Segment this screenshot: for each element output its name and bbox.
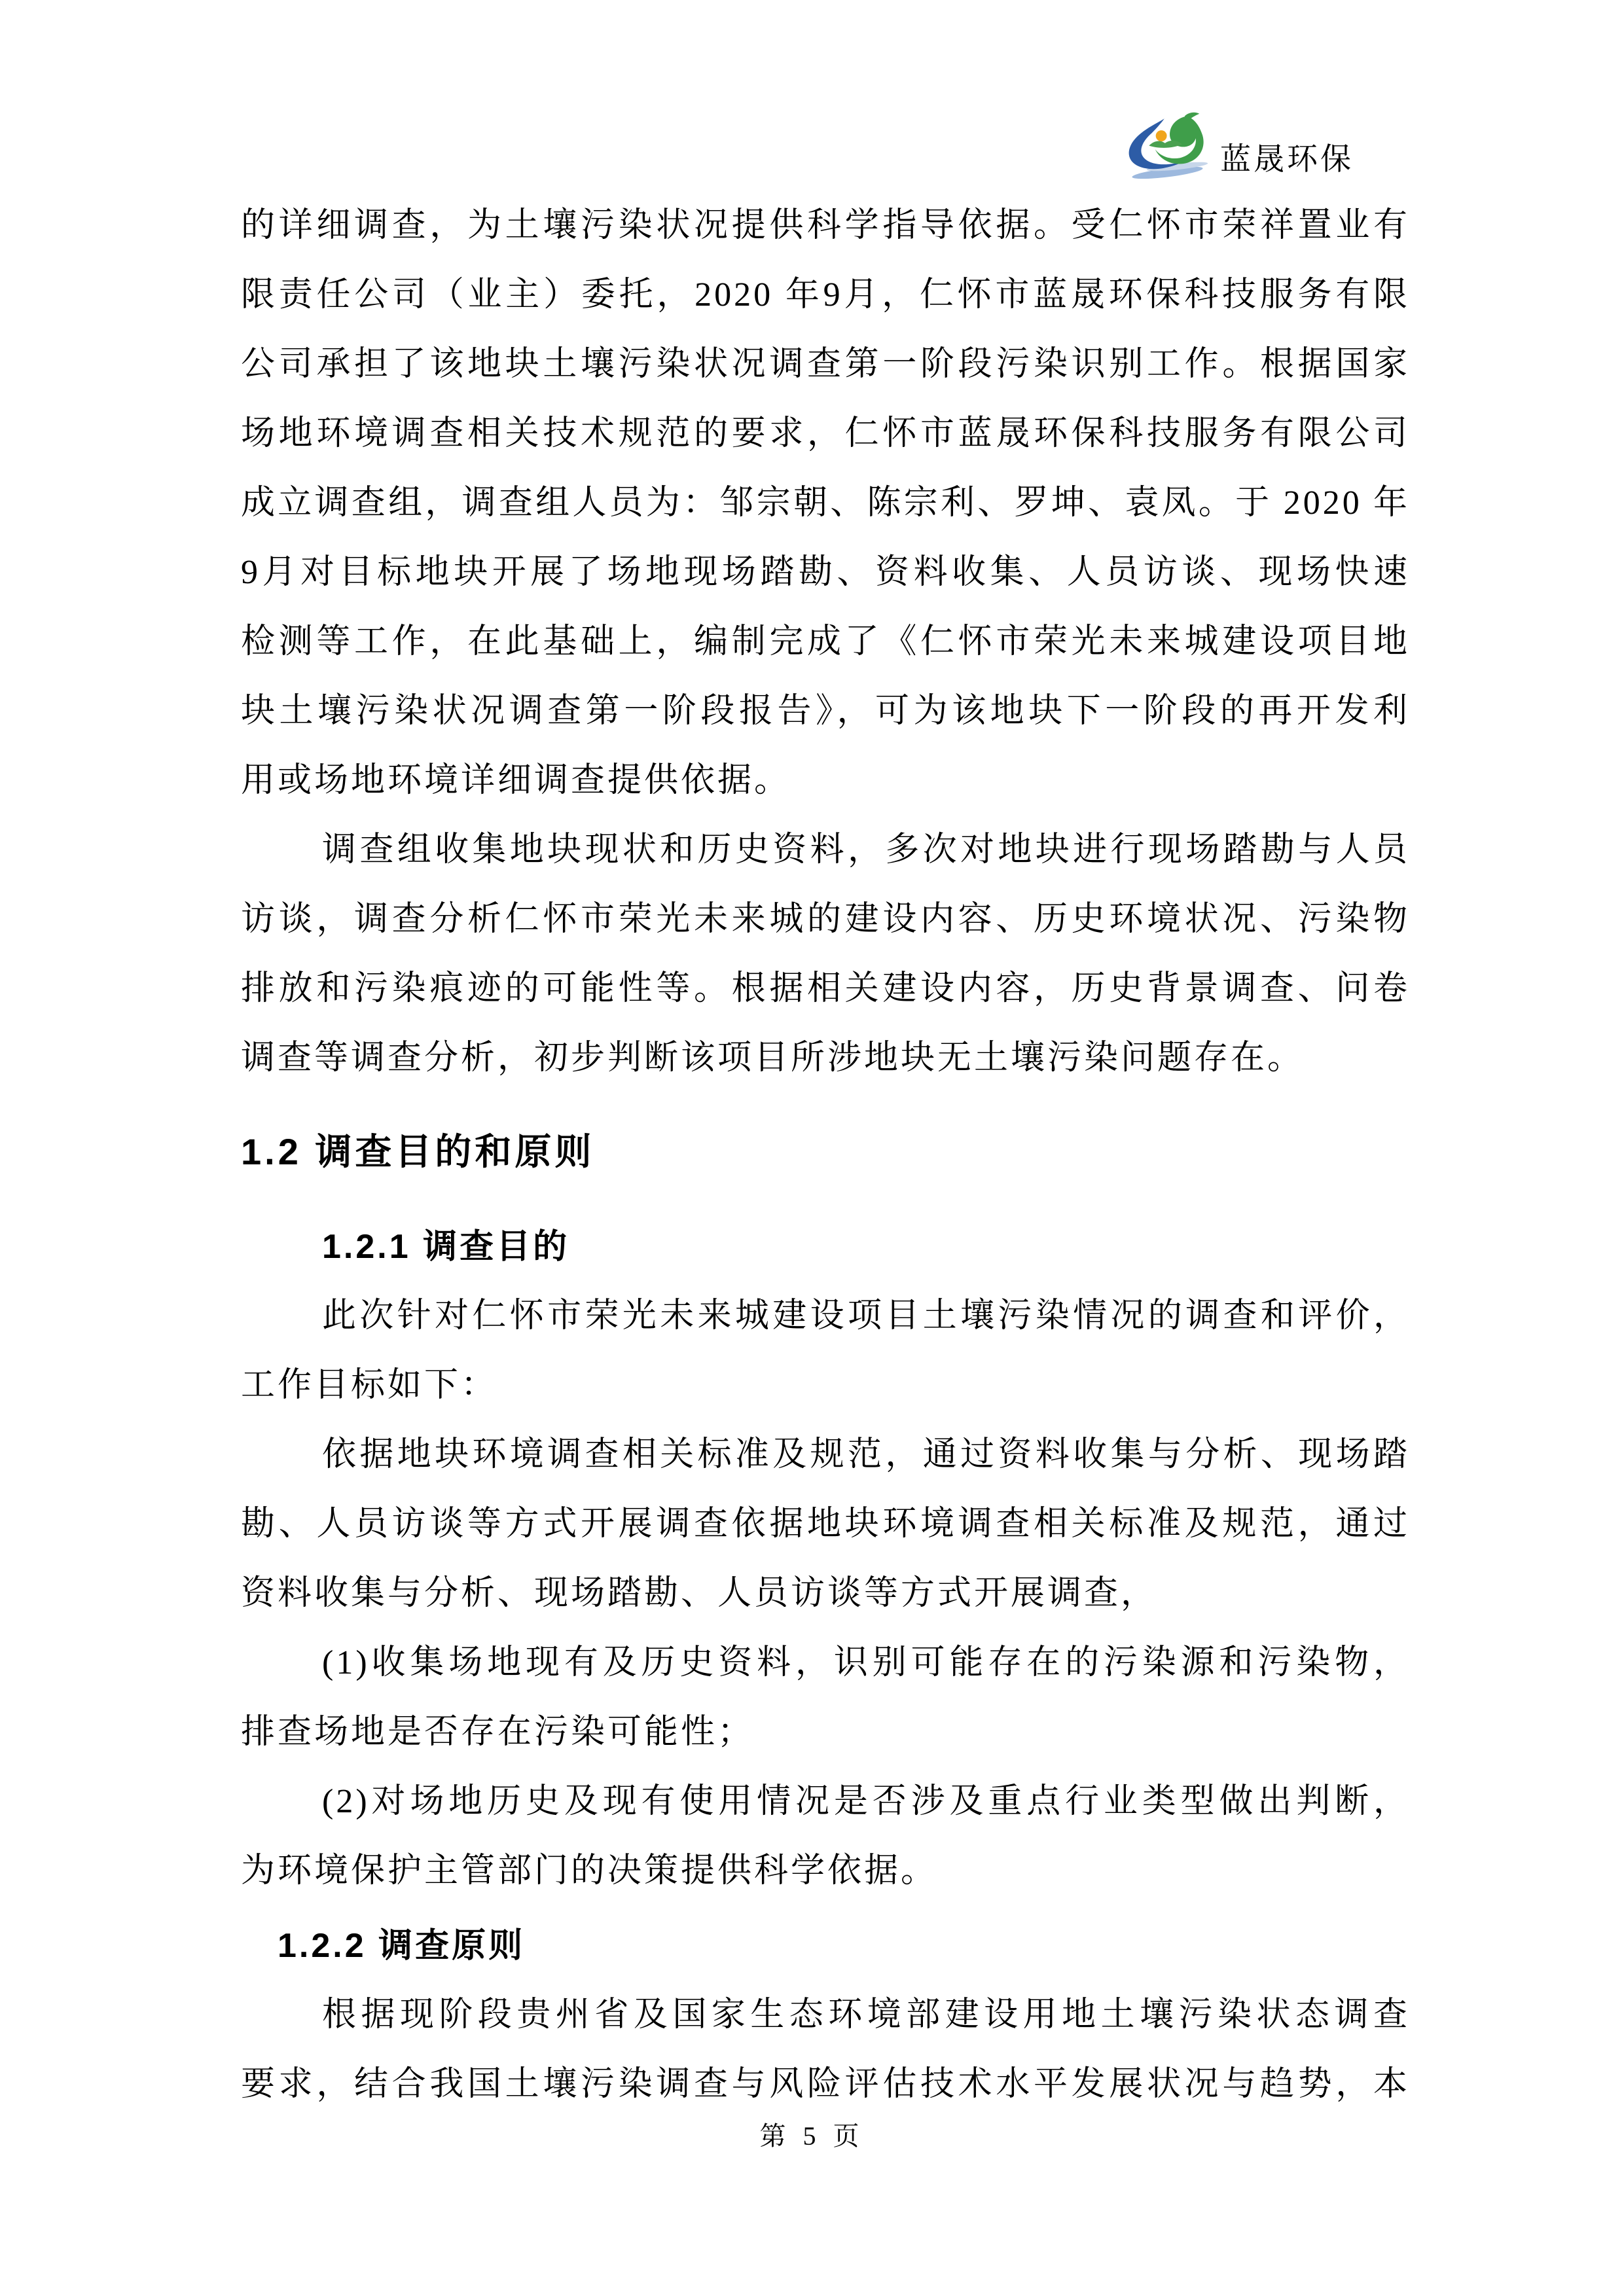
body-line: 此次针对仁怀市荣光未来城建设项目土壤污染情况的调查和评价，	[241, 1282, 1410, 1351]
section-heading-1-2: 1.2 调查目的和原则	[241, 1115, 1410, 1189]
body-line: 场地环境调查相关技术规范的要求，仁怀市蓝晟环保科技服务有限公司	[241, 399, 1410, 469]
logo-text: 蓝晟环保	[1220, 135, 1354, 179]
document-page: 蓝晟环保 的详细调查，为土壤污染状况提供科学指导依据。受仁怀市荣祥置业有 限责任…	[0, 0, 1624, 2296]
body-line: 依据地块环境调查相关标准及规范，通过资料收集与分析、现场踏	[241, 1420, 1410, 1490]
logo-mountains	[1149, 141, 1182, 148]
body-line: 工作目标如下：	[241, 1351, 1410, 1420]
section-heading-1-2-1: 1.2.1 调查目的	[241, 1212, 1410, 1282]
paragraph-6: (2)对场地历史及现有使用情况是否涉及重点行业类型做出判断， 为环境保护主管部门…	[241, 1767, 1410, 1906]
body-line: 根据现阶段贵州省及国家生态环境部建设用地土壤污染状态调查	[241, 1981, 1410, 2050]
page-number: 第 5 页	[760, 2121, 865, 2151]
body-line: 为环境保护主管部门的决策提供科学依据。	[241, 1837, 1410, 1906]
body-line: 公司承担了该地块土壤污染状况调查第一阶段污染识别工作。根据国家	[241, 330, 1410, 399]
paragraph-4: 依据地块环境调查相关标准及规范，通过资料收集与分析、现场踏 勘、人员访谈等方式开…	[241, 1420, 1410, 1628]
body-line: (1)收集场地现有及历史资料，识别可能存在的污染源和污染物，	[241, 1628, 1410, 1698]
paragraph-3: 此次针对仁怀市荣光未来城建设项目土壤污染情况的调查和评价， 工作目标如下：	[241, 1282, 1410, 1420]
company-logo: 蓝晟环保	[1113, 111, 1354, 191]
body-line: 要求，结合我国土壤污染调查与风险评估技术水平发展状况与趋势，本	[241, 2050, 1410, 2119]
body-line: (2)对场地历史及现有使用情况是否涉及重点行业类型做出判断，	[241, 1767, 1410, 1837]
logo-sun	[1156, 130, 1167, 141]
body-line: 调查等调查分析，初步判断该项目所涉地块无土壤污染问题存在。	[241, 1024, 1410, 1093]
logo-icon	[1113, 111, 1212, 191]
body-line: 调查组收集地块现状和历史资料，多次对地块进行现场踏勘与人员	[241, 816, 1410, 885]
paragraph-7: 根据现阶段贵州省及国家生态环境部建设用地土壤污染状态调查 要求，结合我国土壤污染…	[241, 1981, 1410, 2119]
body-line: 成立调查组，调查组人员为：邹宗朝、陈宗利、罗坤、袁凤。于 2020 年	[241, 469, 1410, 538]
body-line: 限责任公司（业主）委托，2020 年9月，仁怀市蓝晟环保科技服务有限	[241, 260, 1410, 330]
body-line: 检测等工作，在此基础上，编制完成了《仁怀市荣光未来城建设项目地	[241, 607, 1410, 677]
page-content: 的详细调查，为土壤污染状况提供科学指导依据。受仁怀市荣祥置业有 限责任公司（业主…	[241, 191, 1410, 2119]
body-line: 9月对目标地块开展了场地现场踏勘、资料收集、人员访谈、现场快速	[241, 538, 1410, 607]
section-heading-1-2-2: 1.2.2 调查原则	[241, 1911, 1410, 1981]
page-footer: 第 5 页	[0, 2115, 1624, 2153]
body-line: 访谈，调查分析仁怀市荣光未来城的建设内容、历史环境状况、污染物	[241, 885, 1410, 954]
paragraph-5: (1)收集场地现有及历史资料，识别可能存在的污染源和污染物， 排查场地是否存在污…	[241, 1628, 1410, 1767]
body-line: 块土壤污染状况调查第一阶段报告》，可为该地块下一阶段的再开发利	[241, 677, 1410, 746]
paragraph-2: 调查组收集地块现状和历史资料，多次对地块进行现场踏勘与人员 访谈，调查分析仁怀市…	[241, 816, 1410, 1093]
body-line: 勘、人员访谈等方式开展调查依据地块环境调查相关标准及规范，通过	[241, 1490, 1410, 1559]
body-line: 排查场地是否存在污染可能性；	[241, 1698, 1410, 1767]
body-line: 资料收集与分析、现场踏勘、人员访谈等方式开展调查，	[241, 1559, 1410, 1628]
body-line: 排放和污染痕迹的可能性等。根据相关建设内容，历史背景调查、问卷	[241, 954, 1410, 1024]
paragraph-1: 的详细调查，为土壤污染状况提供科学指导依据。受仁怀市荣祥置业有 限责任公司（业主…	[241, 191, 1410, 816]
body-line: 用或场地环境详细调查提供依据。	[241, 746, 1410, 816]
body-line: 的详细调查，为土壤污染状况提供科学指导依据。受仁怀市荣祥置业有	[241, 191, 1410, 260]
